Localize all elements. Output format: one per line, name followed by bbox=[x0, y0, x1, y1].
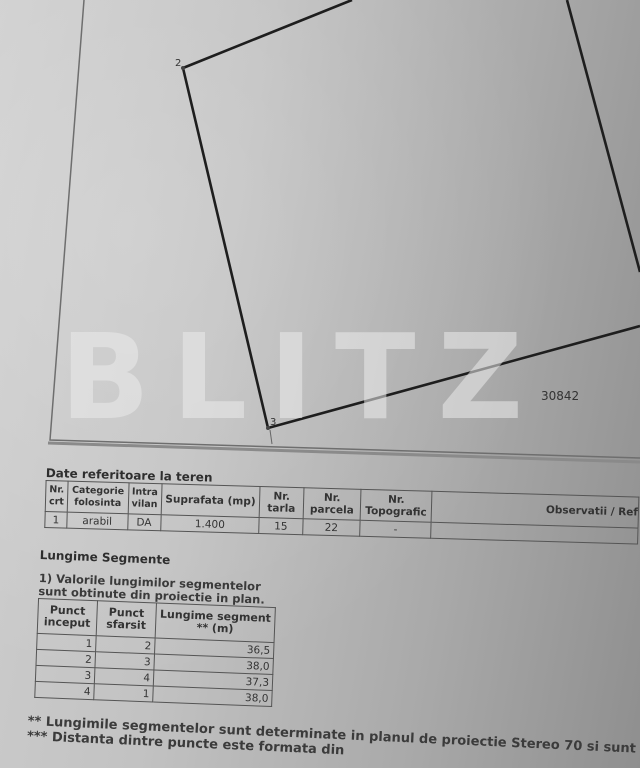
col-categorie: Categorie folosinta bbox=[67, 481, 129, 514]
cell-categorie: arabil bbox=[67, 512, 128, 530]
vertex-label-2: 2 bbox=[175, 58, 181, 69]
vertex-point-2 bbox=[181, 66, 185, 70]
col-lungime-segment: Lungime segment ** (m) bbox=[155, 603, 275, 643]
segments-table: Punct inceput Punct sfarsit Lungime segm… bbox=[34, 598, 276, 707]
col-punct-sfarsit: Punct sfarsit bbox=[96, 601, 156, 638]
col-intravilan: Intra vilan bbox=[128, 483, 162, 515]
parcel-boundary-east bbox=[567, 0, 640, 272]
segments-section: Lungime Segmente 1) Valorile lungimilor … bbox=[34, 548, 278, 707]
footnotes: ** Lungimile segmentelor sunt determinat… bbox=[27, 714, 640, 768]
cell-start: 4 bbox=[35, 681, 95, 699]
cell-suprafata: 1.400 bbox=[160, 515, 259, 534]
terrain-data-section: Date referitoare la teren Nr. crt Catego… bbox=[44, 466, 639, 545]
col-tarla: Nr. tarla bbox=[259, 486, 303, 518]
col-punct-inceput: Punct inceput bbox=[37, 598, 97, 635]
cell-nr-crt: 1 bbox=[45, 511, 67, 528]
watermark: BLITZ bbox=[60, 322, 580, 432]
vertex-label-3: 3 bbox=[270, 417, 276, 428]
col-parcela: Nr. parcela bbox=[303, 488, 362, 521]
col-nr-crt: Nr. crt bbox=[45, 481, 68, 513]
col-topografic: Nr. Topografic bbox=[360, 489, 431, 522]
cell-parcela: 22 bbox=[302, 519, 360, 537]
plot-number: 30842 bbox=[541, 389, 579, 403]
cell-topografic: - bbox=[360, 520, 431, 538]
cell-tarla: 15 bbox=[259, 517, 303, 534]
cell-end: 1 bbox=[94, 684, 154, 702]
segments-section-title: Lungime Segmente bbox=[39, 548, 277, 571]
cell-intravilan: DA bbox=[127, 514, 160, 531]
cell-length: 38,0 bbox=[153, 686, 273, 707]
col-suprafata: Suprafata (mp) bbox=[161, 484, 261, 518]
